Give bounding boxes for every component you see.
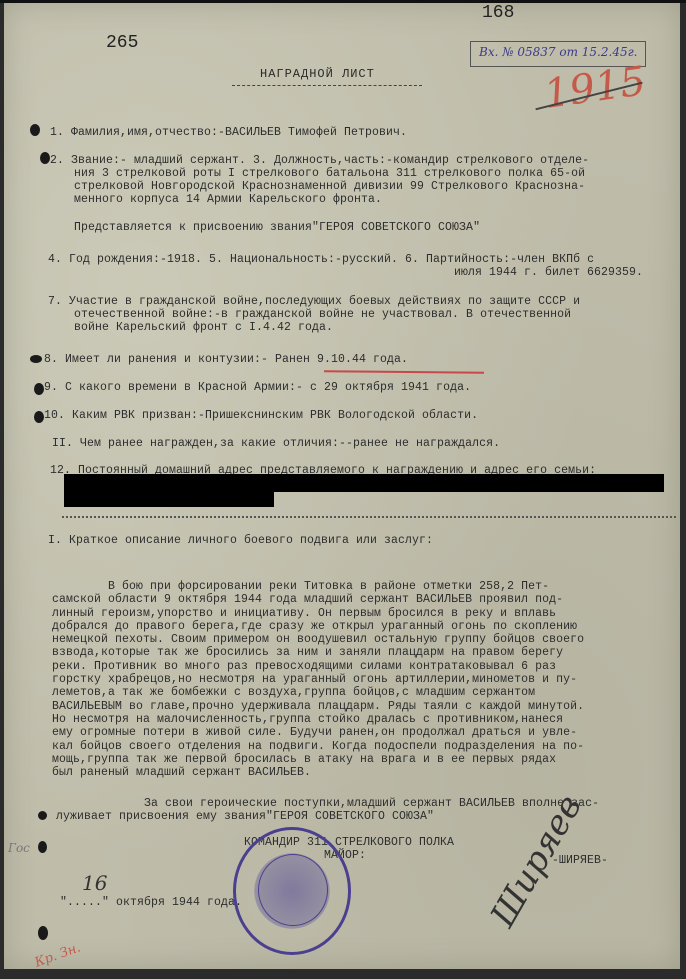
- field-war-participation-line3: войне Карельский фронт с I.4.42 года.: [74, 321, 333, 334]
- narrative-line: взвода,которые так же бросились за ним и…: [52, 646, 584, 659]
- document-title: НАГРАДНОЙ ЛИСТ: [260, 67, 375, 81]
- narrative-line: добрался до правого берега,где сразу же …: [52, 620, 584, 633]
- field-prior-awards: II. Чем ранее награжден,за какие отличия…: [52, 437, 500, 450]
- registration-stamp-text: Вх. № 05837 от 15.2.45г.: [479, 45, 637, 59]
- narrative-line: был раненый младший сержант ВАСИЛЬЕВ.: [52, 766, 584, 779]
- field-position-line3: стрелковой Новгородской Краснознаменной …: [74, 180, 585, 193]
- field-war-participation-line2: отечественной войне:-в гражданской войне…: [74, 308, 571, 321]
- field-birth-nationality-party: 4. Год рождения:-1918. 5. Национальность…: [48, 253, 594, 266]
- punch-hole: [34, 383, 44, 395]
- red-handwritten-mark: 1915: [541, 58, 648, 118]
- separator-line: [62, 516, 676, 518]
- punch-hole: [38, 841, 47, 853]
- narrative-line: мощь,группа так же первой бросилась в ат…: [52, 753, 584, 766]
- award-sheet-page: 265 168 Вх. № 05837 от 15.2.45г. 1915 НА…: [4, 3, 680, 969]
- nomination-text: Представляется к присвоению звания"ГЕРОЯ…: [74, 221, 480, 234]
- red-underline: [324, 370, 484, 373]
- narrative-line: самской области 9 октября 1944 года млад…: [52, 593, 584, 606]
- margin-note: Гос: [8, 841, 30, 855]
- narrative-line: В бою при форсировании реки Титовка в ра…: [52, 580, 584, 593]
- title-underline: [232, 85, 422, 86]
- punch-hole: [38, 926, 48, 940]
- field-rank-position: 2. Звание:- младший сержант. 3. Должност…: [50, 154, 589, 167]
- punch-hole: [40, 152, 50, 164]
- seal-emblem: [258, 854, 328, 926]
- conclusion-line: луживает присвоения ему звания"ГЕРОЯ СОВ…: [56, 810, 434, 823]
- red-margin-note: Кр. Зн.: [33, 940, 83, 970]
- field-army-since: 9. С какого времени в Красной Армии:- с …: [44, 381, 471, 394]
- narrative-line: реки. Противник во много раз превосходящ…: [52, 660, 584, 673]
- punch-hole: [38, 811, 47, 820]
- field-war-participation: 7. Участие в гражданской войне,последующ…: [48, 295, 580, 308]
- narrative-line: кал бойцов своего отделения на подвиги. …: [52, 740, 584, 753]
- field-position-line2: ния 3 стрелковой роты I стрелкового бата…: [74, 167, 585, 180]
- field-full-name: 1. Фамилия,имя,отчество:-ВАСИЛЬЕВ Тимофе…: [50, 126, 407, 139]
- conclusion-line: За свои героические поступки,младший сер…: [144, 797, 599, 810]
- narrative-line: ему огромные потери в живой силе. Будучи…: [52, 726, 584, 739]
- field-wounds: 8. Имеет ли ранения и контузии:- Ранен 9…: [44, 353, 408, 366]
- narrative-line: немецкой пехоты. Своим примером он вооду…: [52, 633, 584, 646]
- punch-hole: [30, 355, 42, 363]
- narrative-line: ВАСИЛЬЕВЫМ во главе,прочно удерживала пл…: [52, 700, 584, 713]
- narrative-line: Но несмотря на малочисленность,группа ст…: [52, 713, 584, 726]
- narrative-line: горстку храбрецов,но несмотря на ураганн…: [52, 673, 584, 686]
- date-day-handwritten: 16: [82, 871, 107, 895]
- signature-date: "....." октября 1944 года.: [60, 896, 242, 909]
- regiment-seal: [233, 827, 351, 955]
- punch-hole: [30, 124, 40, 136]
- field-position-line4: менного корпуса 14 Армии Карельского фро…: [74, 193, 382, 206]
- narrative-line: леметов,а так же бомбежки с воздуха,груп…: [52, 686, 584, 699]
- narrative-line: линный героизм,упорство и инициативу. Он…: [52, 607, 584, 620]
- field-party-card: июля 1944 г. билет 6629359.: [454, 266, 643, 279]
- punch-hole: [34, 411, 44, 423]
- section-feat-description-heading: I. Краткое описание личного боевого подв…: [48, 534, 433, 547]
- page-number: 168: [482, 3, 514, 23]
- redaction-bar: [64, 489, 274, 507]
- field-draft-office: 10. Каким РВК призван:-Пришекснинским РВ…: [44, 409, 478, 422]
- feat-narrative: В бою при форсировании реки Титовка в ра…: [52, 580, 584, 779]
- archive-number: 265: [106, 33, 138, 53]
